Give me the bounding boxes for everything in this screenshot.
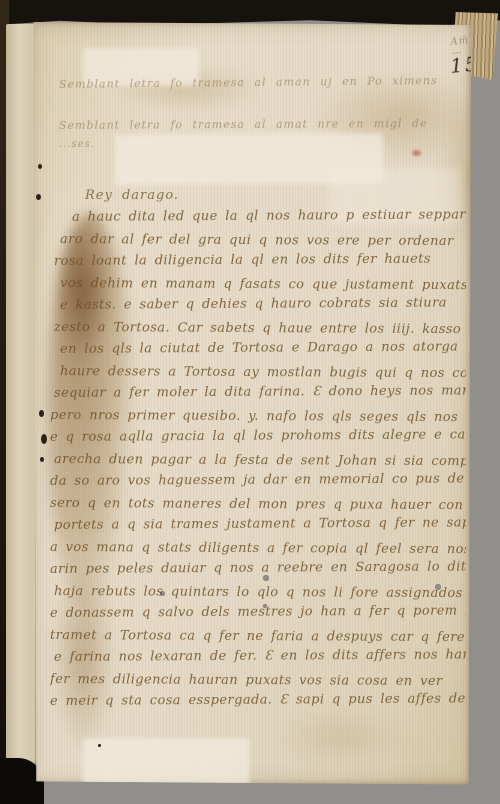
manuscript-line: en los qls la ciutat de Tortosa e Darago… bbox=[50, 339, 466, 364]
ink-blot bbox=[39, 410, 44, 417]
manuscript-line: arin pes peles dauiar q nos a reebre en … bbox=[50, 559, 466, 584]
ink-blot bbox=[36, 194, 41, 200]
marginal-note: ...ses. bbox=[59, 139, 438, 150]
manuscript-line: da so aro vos haguessem ja dar en memori… bbox=[50, 471, 466, 496]
repair-patch bbox=[83, 738, 249, 804]
ink-blot bbox=[41, 434, 47, 444]
letter-body: a hauc dita led que la ql nos hauro p es… bbox=[50, 210, 466, 716]
marginal-note: Semblant letra fo tramesa al amat nre en… bbox=[59, 117, 438, 132]
manuscript-line: sequiar a fer moler la dita farina. Ɛ do… bbox=[50, 383, 466, 408]
ink-blot bbox=[38, 164, 42, 169]
manuscript-line: e kasts. e saber q dehies q hauro cobrat… bbox=[50, 295, 466, 320]
marginal-note: Semblant letra fo tramesa al aman uj en … bbox=[59, 74, 438, 91]
black-backdrop-top bbox=[0, 0, 500, 26]
stain bbox=[281, 712, 401, 762]
ink-blot bbox=[40, 457, 44, 462]
gutter-page-edge bbox=[6, 24, 36, 772]
ink-blot bbox=[98, 744, 101, 747]
red-pigment-speck bbox=[412, 150, 421, 156]
manuscript-line: a hauc dita led que la ql nos hauro p es… bbox=[50, 207, 466, 232]
manuscript-line: rosa loant la diligencia la ql en los di… bbox=[50, 251, 466, 276]
manuscript-line: e meir q sta cosa esspergada. Ɛ sapi q p… bbox=[50, 691, 466, 716]
manuscript-line: e q rosa aqlla gracia la ql los prohoms … bbox=[50, 427, 466, 452]
wormhole bbox=[473, 600, 479, 606]
manuscript-line: portets a q sia trames justament a Torto… bbox=[50, 515, 466, 540]
manuscript-line: e donassem q salvo dels mestres jo han a… bbox=[50, 603, 466, 628]
wormhole bbox=[471, 422, 477, 429]
letter-heading: Rey darago. bbox=[85, 188, 179, 203]
manuscript-photo: { "page": { "folio_number": "153", "foli… bbox=[0, 0, 500, 804]
manuscript-line: e farina nos lexaran de fer. Ɛ en los di… bbox=[50, 647, 466, 672]
